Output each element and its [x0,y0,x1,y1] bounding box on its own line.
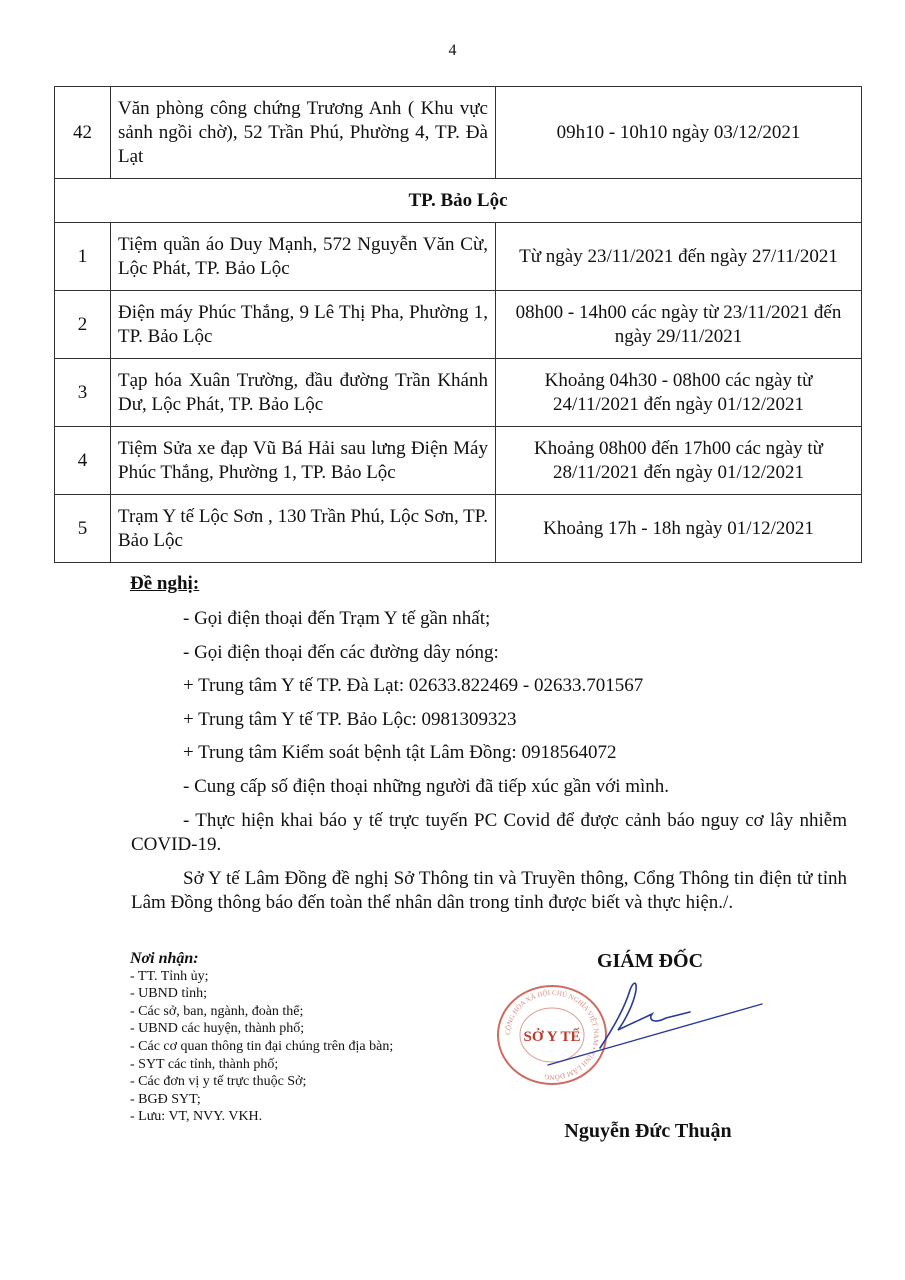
recipient-item: - SYT các tỉnh, thành phố; [130,1056,393,1074]
closing-paragraph: Sở Y tế Lâm Đồng đề nghị Sở Thông tin và… [131,867,847,915]
recipient-item: - BGĐ SYT; [130,1091,393,1109]
recommendation-item: - Gọi điện thoại đến Trạm Y tế gần nhất; [183,607,490,631]
recipient-item: - TT. Tỉnh ủy; [130,968,393,986]
table-row: 42 Văn phòng công chứng Trương Anh ( Khu… [55,87,862,179]
row-time: Từ ngày 23/11/2021 đến ngày 27/11/2021 [496,223,862,291]
row-time: Khoảng 08h00 đến 17h00 các ngày từ 28/11… [496,427,862,495]
recipient-item: - Lưu: VT, NVY. VKH. [130,1108,393,1126]
row-location: Điện máy Phúc Thắng, 9 Lê Thị Pha, Phườn… [111,291,496,359]
recipient-item: - UBND tỉnh; [130,985,393,1003]
section-row: TP. Bảo Lộc [55,179,862,223]
hotline-item: + Trung tâm Y tế TP. Đà Lạt: 02633.82246… [183,674,643,698]
recipients-title: Nơi nhận: [130,950,393,968]
row-number: 4 [55,427,111,495]
table-row: 5 Trạm Y tế Lộc Sơn , 130 Trần Phú, Lộc … [55,495,862,563]
row-location: Tiệm quần áo Duy Mạnh, 572 Nguyễn Văn Cừ… [111,223,496,291]
row-location: Trạm Y tế Lộc Sơn , 130 Trần Phú, Lộc Sơ… [111,495,496,563]
row-time: Khoảng 17h - 18h ngày 01/12/2021 [496,495,862,563]
hotline-item: + Trung tâm Kiểm soát bệnh tật Lâm Đồng:… [183,741,616,765]
signature-icon [540,978,770,1088]
signer-name: Nguyễn Đức Thuận [548,1120,748,1143]
row-number: 3 [55,359,111,427]
recipient-item: - Các đơn vị y tế trực thuộc Sở; [130,1073,393,1091]
recipient-item: - UBND các huyện, thành phố; [130,1020,393,1038]
table-row: 4 Tiệm Sửa xe đạp Vũ Bá Hải sau lưng Điệ… [55,427,862,495]
row-number: 1 [55,223,111,291]
row-location: Tiệm Sửa xe đạp Vũ Bá Hải sau lưng Điện … [111,427,496,495]
recommendation-item: - Cung cấp số điện thoại những người đã … [183,775,669,799]
locations-table: 42 Văn phòng công chứng Trương Anh ( Khu… [54,86,862,563]
recipient-item: - Các cơ quan thông tin đại chúng trên đ… [130,1038,393,1056]
row-time: Khoảng 04h30 - 08h00 các ngày từ 24/11/2… [496,359,862,427]
table-row: 2 Điện máy Phúc Thắng, 9 Lê Thị Pha, Phư… [55,291,862,359]
recipient-item: - Các sở, ban, ngành, đoàn thể; [130,1003,393,1021]
section-heading: TP. Bảo Lộc [55,179,862,223]
recipients-list: Nơi nhận: - TT. Tỉnh ủy; - UBND tỉnh; - … [130,950,393,1126]
row-location: Tạp hóa Xuân Trường, đầu đường Trần Khán… [111,359,496,427]
table-row: 1 Tiệm quần áo Duy Mạnh, 572 Nguyễn Văn … [55,223,862,291]
row-number: 42 [55,87,111,179]
page-number: 4 [0,42,905,60]
signer-title: GIÁM ĐỐC [560,950,740,973]
hotline-item: + Trung tâm Y tế TP. Bảo Lộc: 0981309323 [183,708,517,732]
recommendation-item: - Gọi điện thoại đến các đường dây nóng: [183,641,499,665]
row-number: 2 [55,291,111,359]
declaration-paragraph: - Thực hiện khai báo y tế trực tuyến PC … [131,809,847,857]
row-time: 08h00 - 14h00 các ngày từ 23/11/2021 đến… [496,291,862,359]
recommendations-heading: Đề nghị: [130,572,199,596]
table-row: 3 Tạp hóa Xuân Trường, đầu đường Trần Kh… [55,359,862,427]
row-location: Văn phòng công chứng Trương Anh ( Khu vự… [111,87,496,179]
row-time: 09h10 - 10h10 ngày 03/12/2021 [496,87,862,179]
row-number: 5 [55,495,111,563]
